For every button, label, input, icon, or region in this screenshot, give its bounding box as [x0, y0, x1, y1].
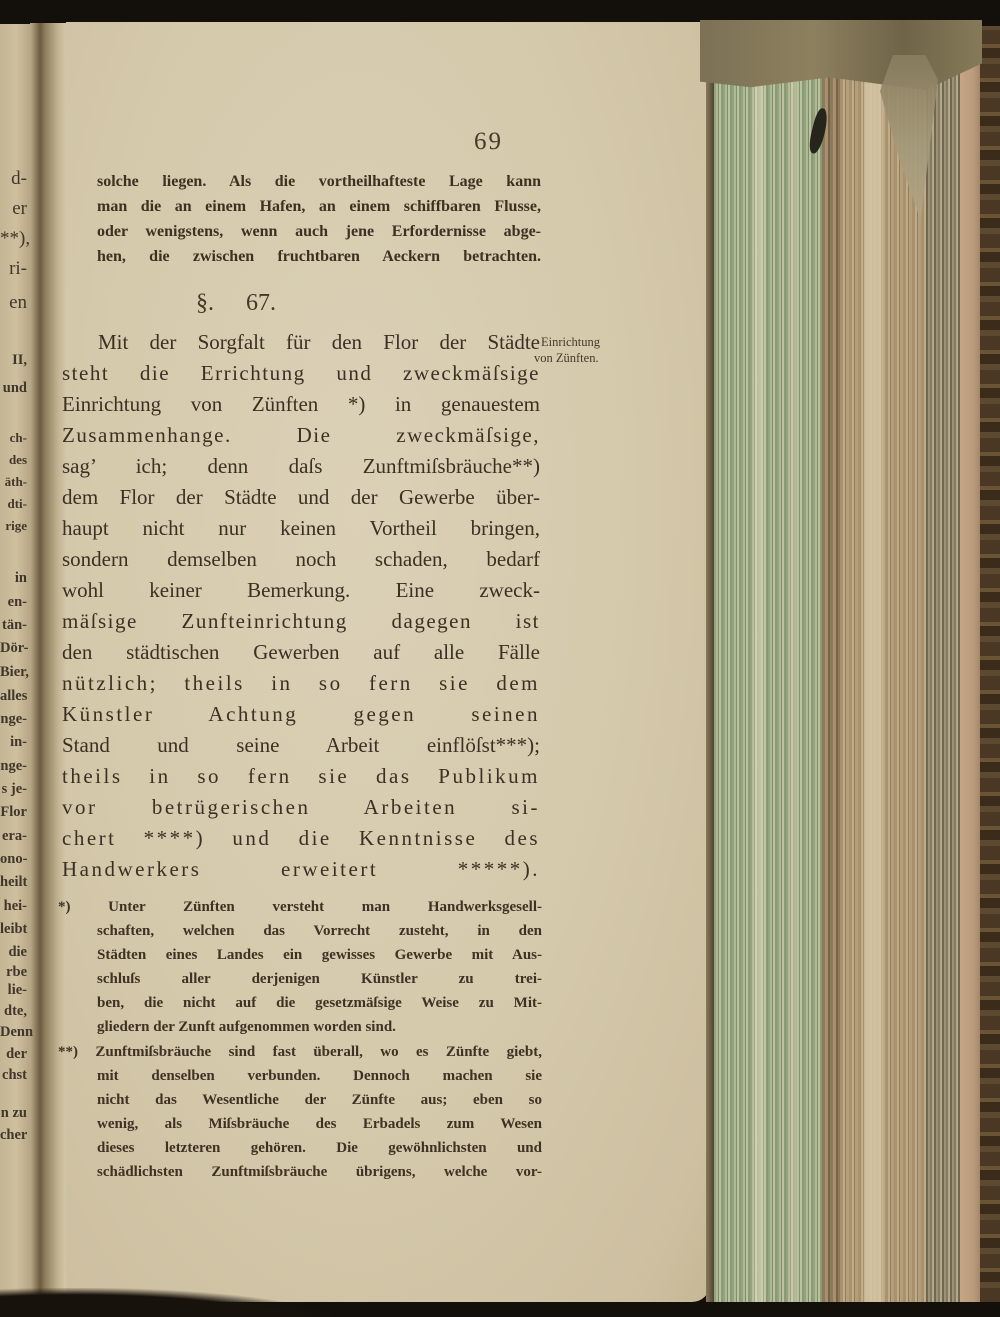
footnote-line: schädlichsten Zunftmiſsbräuche übrigens,… — [97, 1164, 542, 1188]
body-line: sondern demselben noch schaden, bedarf — [62, 547, 540, 578]
edge-fragment: der — [0, 1046, 27, 1063]
fore-edge-smooth-strip — [960, 30, 980, 1302]
footnote-line: nicht das Wesentliche der Zünfte aus; eb… — [97, 1092, 542, 1116]
edge-fragment: Flor — [0, 804, 27, 821]
fore-edge-frayed-band — [926, 22, 960, 1302]
fore-edge-green-band — [714, 22, 822, 1302]
edge-fragment: lie- — [0, 982, 27, 999]
intro-line: oder wenigstens, wenn auch jene Erforder… — [97, 223, 541, 248]
edge-fragment: er — [0, 198, 27, 220]
book-scan: 69 solche liegen. Als die vortheilhaftes… — [0, 0, 1000, 1317]
edge-fragment: ono- — [0, 851, 27, 868]
edge-fragment: en- — [0, 594, 27, 611]
footnote-line: schaften, welchen das Vorrecht zusteht, … — [97, 923, 542, 947]
gutter-shadow — [30, 23, 66, 1301]
edge-fragment: hei- — [0, 898, 27, 915]
section-heading: §. 67. — [196, 290, 276, 317]
edge-fragment: dti- — [0, 496, 27, 512]
intro-line: hen, die zwischen fruchtbaren Aeckern be… — [97, 248, 541, 273]
body-line: wohl keiner Bemerkung. Eine zweck- — [62, 578, 540, 609]
cover-marbled-edge — [980, 26, 1000, 1302]
body-line: chert ****) und die Kenntnisse des — [62, 826, 540, 857]
footnote-2: **) Zunftmiſsbräuche sind fast überall, … — [97, 1044, 542, 1188]
edge-fragment: alles — [0, 688, 27, 705]
body-line: vor betrügerischen Arbeiten si- — [62, 795, 540, 826]
bottom-curve-shadow — [0, 1288, 340, 1317]
fore-edge-tan-band — [840, 22, 926, 1302]
edge-fragment: rbe — [0, 964, 27, 981]
edge-fragment: und — [0, 380, 27, 397]
body-line: nützlich; theils in so fern sie dem — [62, 671, 540, 702]
fore-edge-transition-band — [822, 22, 840, 1302]
footnote-line: Städten eines Landes ein gewisses Gewerb… — [97, 947, 542, 971]
edge-fragment: cher — [0, 1127, 27, 1144]
footnote-line: dieses letzteren gehören. Die gewöhnlich… — [97, 1140, 542, 1164]
margin-note-line: Einrichtung — [534, 334, 616, 350]
body-line: haupt nicht nur keinen Vortheil bringen, — [62, 516, 540, 547]
edge-fragment: in- — [0, 734, 27, 751]
edge-fragment: nge- — [0, 758, 27, 775]
body-line: den städtischen Gewerben auf alle Fälle — [62, 640, 540, 671]
body-line: Künstler Achtung gegen seinen — [62, 702, 540, 733]
body-line: theils in so fern sie das Publikum — [62, 764, 540, 795]
edge-fragment: äth- — [0, 474, 27, 490]
body-paragraph: Mit der Sorgfalt für den Flor der Städte… — [62, 330, 540, 888]
edge-fragment: nge- — [0, 711, 27, 728]
edge-fragment: chst — [0, 1067, 27, 1084]
footnote-line: *) Unter Zünften versteht man Handwerksg… — [58, 899, 542, 923]
edge-fragment: des — [0, 452, 27, 468]
body-line: mäſsige Zunfteinrichtung dagegen ist — [62, 609, 540, 640]
body-line: Zusammenhange. Die zweckmäſsige, — [62, 423, 540, 454]
footnote-line: ben, die nicht auf die gesetzmäſsige Wei… — [97, 995, 542, 1019]
edge-fragment: leibt — [0, 921, 27, 938]
edge-fragment: Denn — [0, 1024, 27, 1041]
edge-fragment: Bier, — [0, 664, 27, 681]
edge-fragment: n zu — [0, 1105, 27, 1122]
body-line: Einrichtung von Zünften *) in genauestem — [62, 392, 540, 423]
edge-fragment: Dör- — [0, 640, 27, 657]
body-line: dem Flor der Städte und der Gewerbe über… — [62, 485, 540, 516]
body-line: steht die Errichtung und zweckmäſsige — [62, 361, 540, 392]
intro-line: solche liegen. Als die vortheilhafteste … — [97, 173, 541, 198]
edge-fragment: II, — [0, 352, 27, 369]
edge-fragment: heilt — [0, 874, 27, 891]
page-number: 69 — [474, 128, 503, 156]
footnote-line: mit denselben verbunden. Dennoch machen … — [97, 1068, 542, 1092]
fore-edge-gap — [706, 22, 714, 1302]
intro-paragraph: solche liegen. Als die vortheilhafteste … — [97, 173, 541, 273]
edge-fragment: era- — [0, 828, 27, 845]
edge-fragment: ch- — [0, 430, 27, 446]
edge-fragment: d- — [0, 168, 27, 190]
edge-fragment: s je- — [0, 781, 27, 798]
body-line: Handwerkers erweitert *****). — [62, 857, 540, 888]
edge-fragment: tän- — [0, 617, 27, 634]
intro-line: man die an einem Hafen, an einem schiffb… — [97, 198, 541, 223]
edge-fragment: rige — [0, 518, 27, 534]
margin-note-line: von Zünften. — [534, 350, 616, 366]
edge-fragment: **), — [0, 228, 27, 250]
footnote-line: **) Zunftmiſsbräuche sind fast überall, … — [58, 1044, 542, 1068]
body-line: Mit der Sorgfalt für den Flor der Städte — [62, 330, 540, 361]
edge-fragment: dte, — [0, 1003, 27, 1020]
edge-fragment: in — [0, 570, 27, 587]
footnote-line: wenig, als Miſsbräuche des Erbadels zum … — [97, 1116, 542, 1140]
body-line: Stand und seine Arbeit einflöſst***); — [62, 733, 540, 764]
footnote-line: schluſs aller derjenigen Künstler zu tre… — [97, 971, 542, 995]
margin-note: Einrichtung von Zünften. — [534, 334, 616, 366]
body-line: sag’ ich; denn daſs Zunftmiſsbräuche**) — [62, 454, 540, 485]
edge-fragment: die — [0, 944, 27, 961]
edge-fragment: en — [0, 292, 27, 314]
footnote-line: gliedern der Zunft aufgenommen worden si… — [97, 1019, 542, 1043]
edge-fragment: ri- — [0, 258, 27, 280]
footnote-1: *) Unter Zünften versteht man Handwerksg… — [97, 899, 542, 1043]
